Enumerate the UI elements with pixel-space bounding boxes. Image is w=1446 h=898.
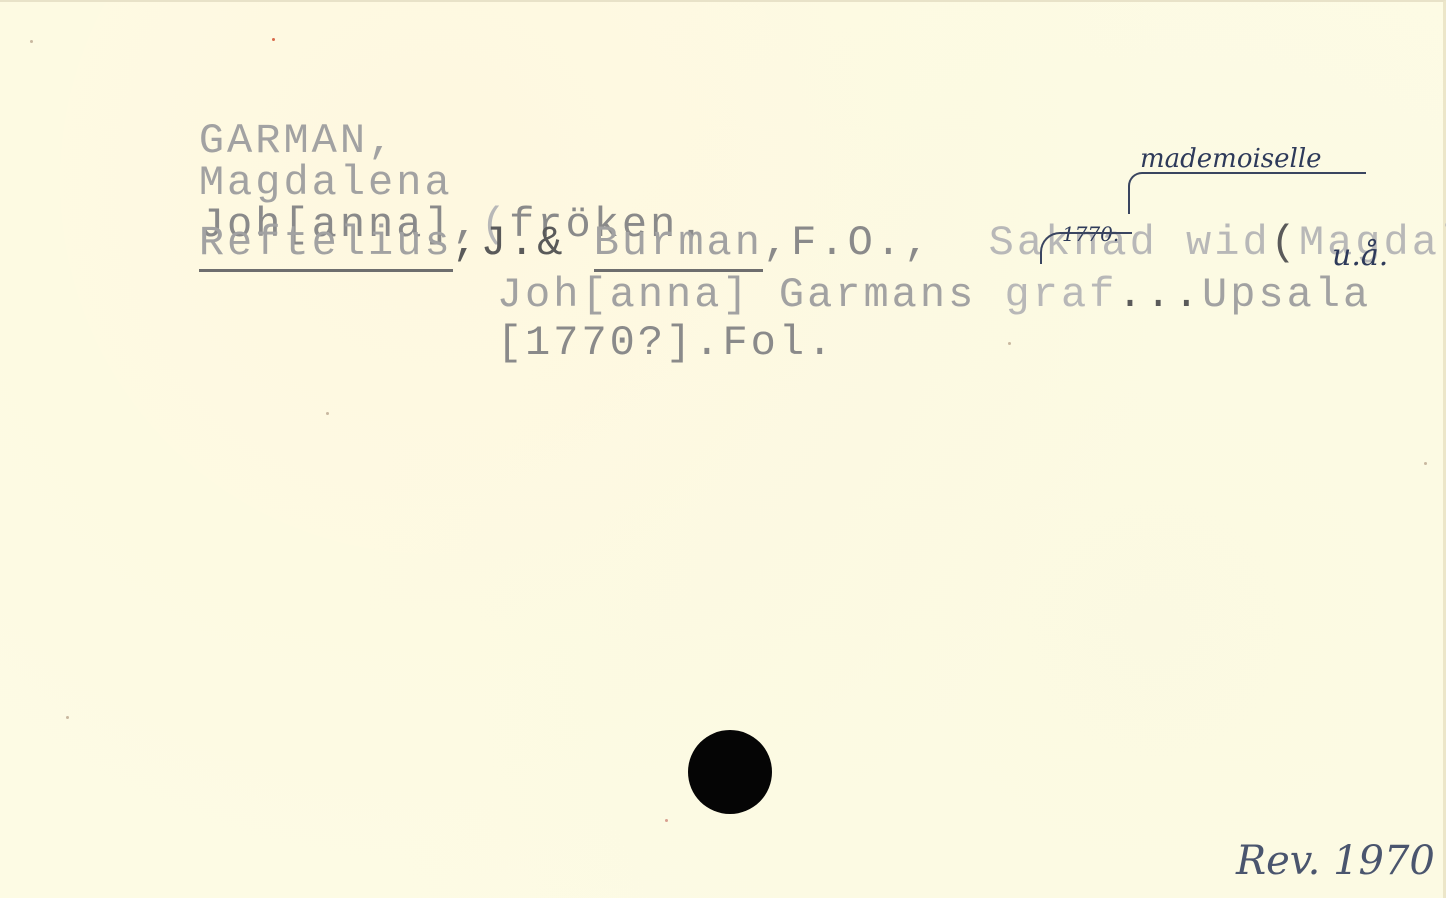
annotation-year-arc <box>1040 232 1132 264</box>
heading-surname: GARMAN, <box>199 117 396 165</box>
entry-line-3: [1770?].Fol. <box>384 280 835 406</box>
catalog-card: GARMAN, Magdalena Joh[anna],(fröken. Ref… <box>0 0 1446 898</box>
publication-date-format: [1770?].Fol. <box>497 319 835 367</box>
publication-place: Upsala <box>1202 271 1371 319</box>
speck <box>30 40 33 43</box>
speck <box>1008 342 1011 345</box>
speck <box>66 716 69 719</box>
annotation-ua: u.å. <box>1332 238 1388 273</box>
annotation-insert-arc <box>1128 172 1366 214</box>
punch-hole <box>688 730 772 814</box>
title-ellipsis: ... <box>1117 271 1202 319</box>
title-line-2b: graf <box>1005 271 1118 319</box>
annotation-revision: Rev. 1970 <box>1236 838 1435 884</box>
speck <box>1424 462 1427 465</box>
speck <box>326 412 329 415</box>
speck <box>272 38 275 41</box>
speck <box>665 819 668 822</box>
annotation-mademoiselle: mademoiselle <box>1140 144 1322 174</box>
